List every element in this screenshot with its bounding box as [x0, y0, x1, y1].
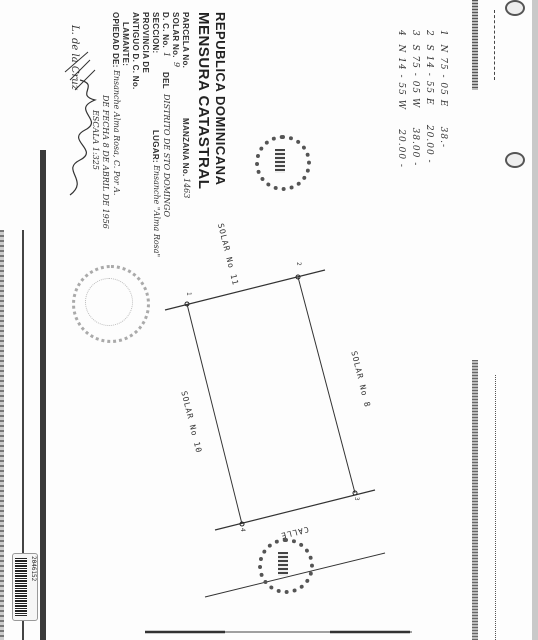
scanned-document-page: REPUBLICA DOMINICANA MENSURA CATASTRAL P… — [0, 0, 538, 640]
corner-label: 2 — [295, 262, 302, 267]
document-title: MENSURA CATASTRAL — [195, 12, 212, 189]
registry-stamp-icon — [258, 538, 314, 594]
manzana-label: MANZANA No. — [181, 118, 190, 177]
corner-label: 1 — [185, 292, 192, 297]
bearing-row-3: 3 S 75 - 05 W 38.00 - — [410, 30, 420, 166]
antiguo-dc-label: ANTIGUO D. C. No. — [131, 12, 140, 90]
bearing-value: S 75 - 05 W — [410, 44, 420, 108]
bearing-number: 3 — [410, 30, 420, 37]
lugar-value: Ensanche "Alma Rosa" — [152, 165, 161, 257]
provincia-label: PROVINCIA DE — [141, 12, 150, 73]
lugar-label: LUGAR: — [151, 130, 160, 163]
dc-value: 1 — [162, 52, 171, 57]
solar-label: SOLAR No. — [171, 12, 180, 58]
propiedad-value: Ensanche Alma Rosa, C. Por A. — [112, 70, 121, 195]
bearing-number: 1 — [438, 30, 448, 37]
manzana-value: 1463 — [182, 178, 191, 198]
corner-label: 4 — [239, 528, 246, 533]
bearing-number: 4 — [396, 30, 406, 37]
barcode-icon — [15, 558, 27, 616]
escala-line: ESCALA 1:325 — [91, 110, 100, 170]
parcela-label: PARCELA No. — [181, 12, 190, 68]
dc-label: D. C. No. — [161, 12, 170, 48]
lamante-label: LAMANTE: — [121, 22, 130, 66]
country-heading: REPUBLICA DOMINICANA — [213, 12, 228, 185]
seccion-label: SECCION: — [151, 12, 160, 54]
bearing-distance: 20.00 - — [424, 125, 434, 164]
bearing-distance: 20.00 - — [396, 129, 406, 168]
fecha-line: DE FECHA 8 DE ABRIL DE 1956 — [101, 95, 110, 229]
propiedad-label: OPIEDAD DE: — [111, 12, 120, 68]
barcode-number: 2046152 — [30, 556, 37, 581]
registry-stamp-icon — [255, 135, 311, 191]
bearing-value: N 14 - 55 W — [396, 44, 406, 110]
bearing-value: N 75 - 05 E — [438, 44, 448, 107]
bearing-row-2: 2 S 14 - 55 E 20.00 - — [424, 30, 434, 164]
distrito-value: DISTRITO DE STO DOMINGO — [162, 94, 171, 217]
corner-label: 3 — [353, 497, 360, 502]
seal-stamp-icon — [72, 265, 150, 343]
distrito-label: DEL — [161, 72, 170, 89]
solar-value: 9 — [172, 62, 181, 67]
bearing-row-1: 1 N 75 - 05 E 38.- — [438, 30, 448, 148]
bearing-value: S 14 - 55 E — [424, 44, 434, 105]
bearing-distance: 38.- — [438, 127, 448, 148]
barcode-label: 2046152 — [12, 553, 38, 621]
bearing-number: 2 — [424, 30, 434, 37]
bearing-row-4: 4 N 14 - 55 W 20.00 - — [396, 30, 406, 168]
signature: L. de la Cruz — [69, 25, 80, 90]
bearing-distance: 38.00 - — [410, 128, 420, 167]
